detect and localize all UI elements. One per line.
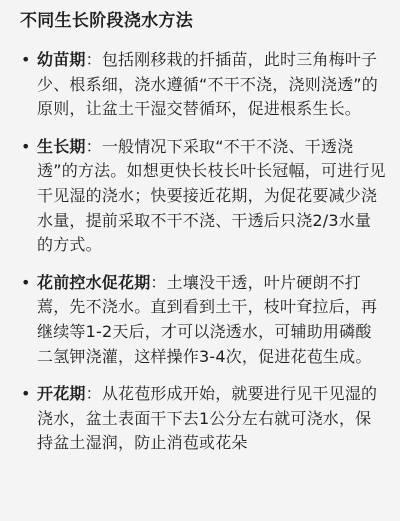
stage-separator: ： bbox=[86, 137, 102, 156]
list-item-growth-stage: •生长期：一般情况下采取“不干不浇、干透浇透”的方法。如想更快长枝长叶长冠幅，可… bbox=[20, 135, 386, 258]
bullet-icon: • bbox=[21, 382, 31, 407]
article: 不同生长阶段浇水方法 •幼苗期：包括刚移栽的扦插苗，此时三角梅叶子少、根系细，浇… bbox=[0, 0, 400, 456]
list-item-pre-flowering-stage: •花前控水促花期：土壤没干透，叶片硬朗不打蔫，先不浇水。直到看到土干，枝叶耷拉后… bbox=[20, 271, 386, 369]
bullet-icon: • bbox=[21, 135, 31, 160]
stage-name: 开花期 bbox=[37, 384, 86, 403]
bullet-icon: • bbox=[21, 271, 31, 296]
stage-name: 花前控水促花期 bbox=[37, 273, 150, 292]
stage-separator: ： bbox=[86, 384, 102, 403]
list-item-flowering-stage: •开花期：从花苞形成开始，就要进行见干见湿的浇水，盆土表面干下去1公分左右就可浇… bbox=[20, 382, 386, 456]
bullet-icon: • bbox=[21, 48, 31, 73]
stage-separator: ： bbox=[86, 50, 102, 69]
section-title: 不同生长阶段浇水方法 bbox=[20, 8, 386, 34]
stage-name: 幼苗期 bbox=[37, 50, 86, 69]
stage-list: •幼苗期：包括刚移栽的扦插苗，此时三角梅叶子少、根系细，浇水遵循“不干不浇，浇则… bbox=[20, 48, 386, 456]
stage-name: 生长期 bbox=[37, 137, 86, 156]
stage-separator: ： bbox=[150, 273, 166, 292]
list-item-seedling-stage: •幼苗期：包括刚移栽的扦插苗，此时三角梅叶子少、根系细，浇水遵循“不干不浇，浇则… bbox=[20, 48, 386, 122]
